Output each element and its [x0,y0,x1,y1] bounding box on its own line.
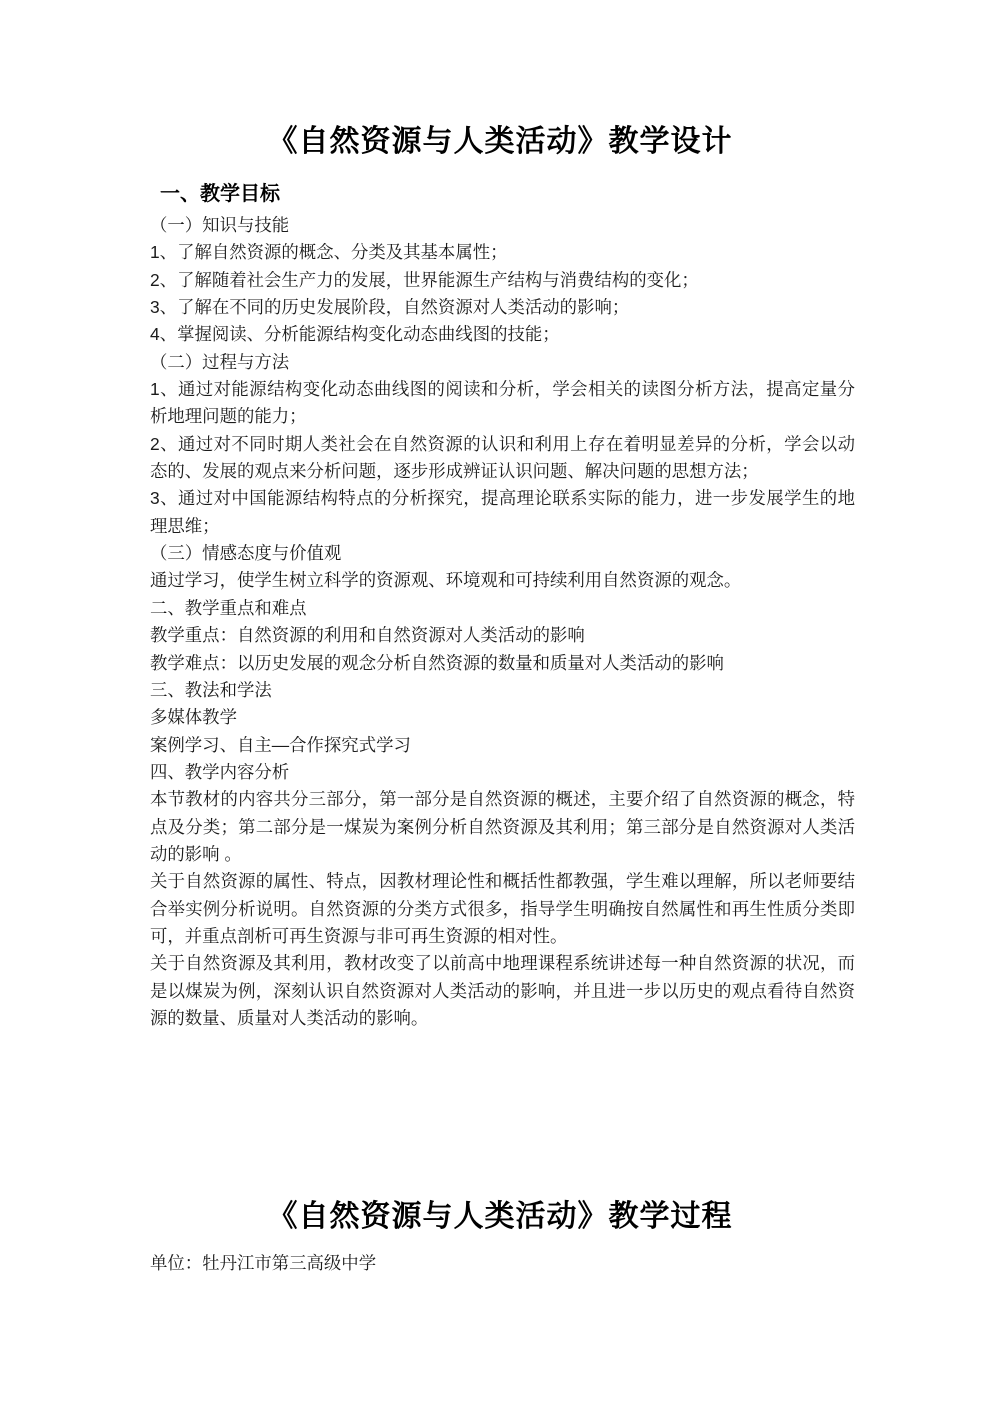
paragraph-resource-utilization: 关于自然资源及其利用，教材改变了以前高中地理课程系统讲述每一种自然资源的状况，而… [150,950,855,1032]
document-title-teaching-design: 《自然资源与人类活动》教学设计 [0,0,1000,162]
heading-key-and-difficult-points: 二、教学重点和难点 [150,595,855,622]
list-item: 2、通过对不同时期人类社会在自然资源的认识和利用上存在着明显差异的分析，学会以动… [150,431,855,486]
subheading-knowledge-and-skills: （一）知识与技能 [150,212,855,239]
list-item: 1、了解自然资源的概念、分类及其基本属性； [150,239,855,266]
document-body: 一、教学目标 （一）知识与技能 1、了解自然资源的概念、分类及其基本属性； 2、… [150,179,855,1032]
list-item: 1、通过对能源结构变化动态曲线图的阅读和分析，学会相关的读图分析方法，提高定量分… [150,376,855,431]
paragraph-multimedia-teaching: 多媒体教学 [150,704,855,731]
heading-teaching-objectives: 一、教学目标 [150,179,855,209]
heading-teaching-and-learning-methods: 三、教法和学法 [150,677,855,704]
list-item: 2、了解随着社会生产力的发展，世界能源生产结构与消费结构的变化； [150,267,855,294]
subheading-emotional-attitude-values: （三）情感态度与价值观 [150,540,855,567]
paragraph-case-study-learning: 案例学习、自主—合作探究式学习 [150,732,855,759]
paragraph-content-overview: 本节教材的内容共分三部分，第一部分是自然资源的概述，主要介绍了自然资源的概念，特… [150,786,855,868]
list-item: 3、了解在不同的历史发展阶段，自然资源对人类活动的影响； [150,294,855,321]
heading-teaching-content-analysis: 四、教学内容分析 [150,759,855,786]
paragraph-teaching-difficult-point: 教学难点：以历史发展的观念分析自然资源的数量和质量对人类活动的影响 [150,650,855,677]
subheading-process-and-methods: （二）过程与方法 [150,349,855,376]
list-item: 3、通过对中国能源结构特点的分析探究，提高理论联系实际的能力，进一步发展学生的地… [150,485,855,540]
list-item: 4、掌握阅读、分析能源结构变化动态曲线图的技能； [150,321,855,348]
paragraph: 通过学习，使学生树立科学的资源观、环境观和可持续利用自然资源的观念。 [150,567,855,594]
school-unit-line: 单位：牡丹江市第三高级中学 [150,1250,855,1277]
document-page: 《自然资源与人类活动》教学设计 一、教学目标 （一）知识与技能 1、了解自然资源… [0,0,1000,1414]
paragraph-resource-attributes: 关于自然资源的属性、特点，因教材理论性和概括性都教强，学生难以理解，所以老师要结… [150,868,855,950]
next-document-section: 《自然资源与人类活动》教学过程 单位：牡丹江市第三高级中学 [0,1197,1000,1277]
document-title-teaching-process: 《自然资源与人类活动》教学过程 [0,1197,1000,1237]
paragraph-teaching-key-point: 教学重点：自然资源的利用和自然资源对人类活动的影响 [150,622,855,649]
